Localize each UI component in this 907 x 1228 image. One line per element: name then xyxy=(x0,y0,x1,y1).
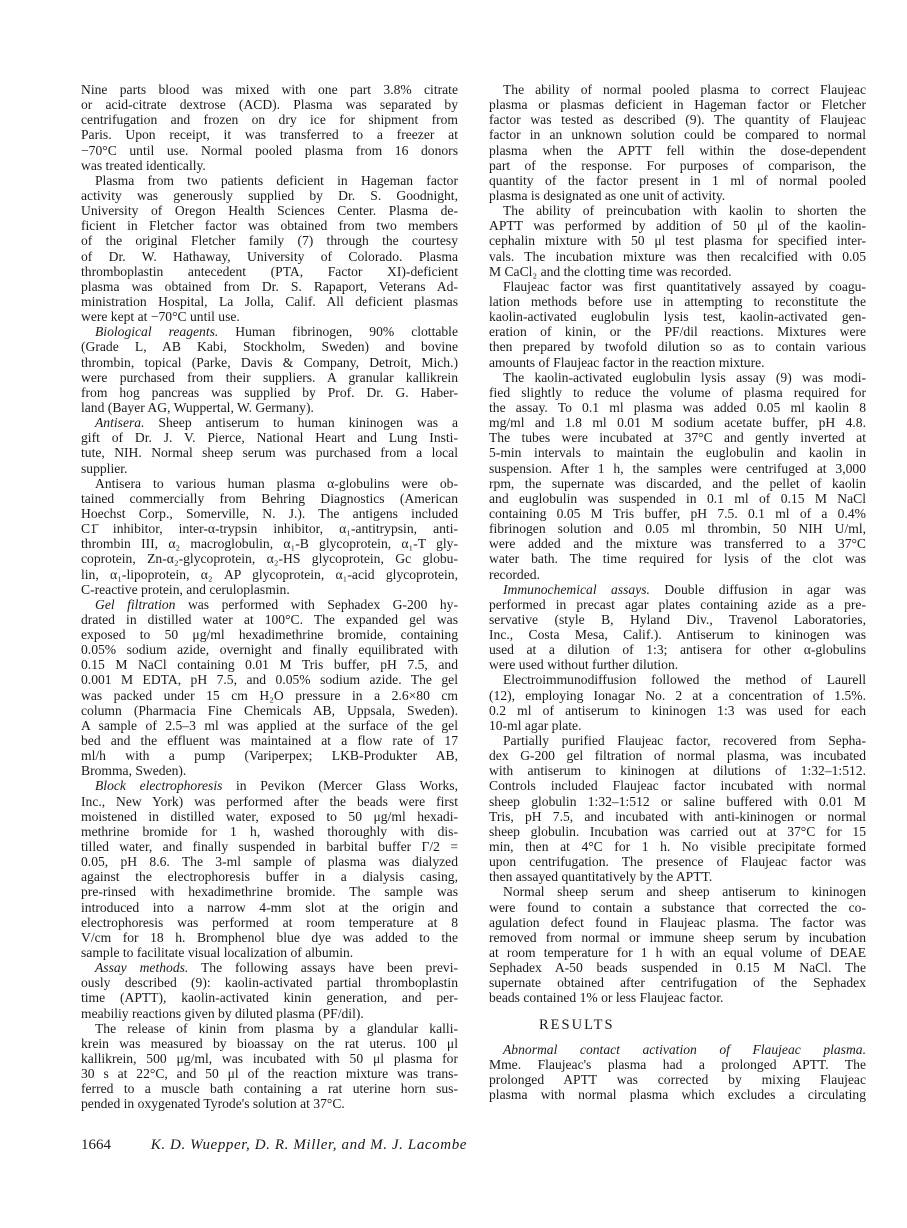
text-line: University of Oregon Health Sciences Cen… xyxy=(81,203,458,218)
line-text: ml/h with a pump (Variperpex; LKB-Produk… xyxy=(81,748,458,763)
line-text: activity was generously supplied by Dr. … xyxy=(81,188,458,203)
text-line: 0.05, pH 8.6. The 3-ml sample of plasma … xyxy=(81,854,458,869)
running-authors: K. D. Wuepper, D. R. Miller, and M. J. L… xyxy=(151,1137,467,1153)
text-line: time (APTT), kaolin-activated kinin gene… xyxy=(81,990,458,1005)
line-text: performed in precast agar plates contain… xyxy=(489,597,866,612)
line-text: pended in oxygenated Tyrode's solution a… xyxy=(81,1096,345,1111)
line-text: meabiliy reactions given by diluted plas… xyxy=(81,1006,364,1021)
text-line: sheep globulin 1:32–1:512 or saline buff… xyxy=(489,794,866,809)
line-text: was performed with Sephadex G-200 hy- xyxy=(175,597,458,612)
line-text: part of the response. For purposes of co… xyxy=(489,158,866,173)
line-text: of Dr. W. Hathaway, University of Colora… xyxy=(81,249,458,264)
text-line: plasma is designated as one unit of acti… xyxy=(489,188,866,203)
italic-run-in-heading: Block electrophoresis xyxy=(95,778,222,793)
text-line: Inc., New York) was performed after the … xyxy=(81,794,458,809)
line-text: Inc., Costa Mesa, Calif.). Antiserum to … xyxy=(489,627,866,642)
text-line: suspension. After 1 h, the samples were … xyxy=(489,461,866,476)
text-line: factor was tested as described (9). The … xyxy=(489,112,866,127)
line-text: removed from normal or immune sheep seru… xyxy=(489,930,866,945)
text-line: moistened in distilled water, exposed to… xyxy=(81,809,458,824)
line-text: water bath. The time required for lysis … xyxy=(489,551,866,566)
line-text: time (APTT), kaolin-activated kinin gene… xyxy=(81,990,458,1005)
text-line: Immunochemical assays. Double diffusion … xyxy=(489,582,866,597)
line-text: was packed under 15 cm H₂O pressure in a… xyxy=(81,688,458,703)
line-text: The kaolin-activated euglobulin lysis as… xyxy=(503,370,866,385)
text-line: The tubes were incubated at 37°C and gen… xyxy=(489,430,866,445)
text-line: V/cm for 18 h. Bromphenol blue dye was a… xyxy=(81,930,458,945)
text-line: ficient in Fletcher factor was obtained … xyxy=(81,218,458,233)
line-text: recorded. xyxy=(489,567,540,582)
text-line: vals. The incubation mixture was then re… xyxy=(489,249,866,264)
line-text: electrophoresis was performed at room te… xyxy=(81,915,458,930)
line-text: rpm, the supernate was discarded, and th… xyxy=(489,476,866,491)
text-line: methrine bromide for 1 h, washed thoroug… xyxy=(81,824,458,839)
line-text: plasma was obtained from Dr. S. Rapaport… xyxy=(81,279,458,294)
text-line: bed and the effluent was maintained at a… xyxy=(81,733,458,748)
line-text: sheep globulin. Incubation was carried o… xyxy=(489,824,866,839)
line-text: sample to facilitate visual localization… xyxy=(81,945,353,960)
line-text: supplier. xyxy=(81,461,127,476)
text-line: from hog pancreas was supplied by Prof. … xyxy=(81,385,458,400)
text-line: Antisera to various human plasma α-globu… xyxy=(81,476,458,491)
text-line: exposed to 50 μg/ml hexadimethrine bromi… xyxy=(81,627,458,642)
line-text: thrombin, topical (Parke, Davis & Compan… xyxy=(81,355,458,370)
line-text: The ability of normal pooled plasma to c… xyxy=(503,82,866,97)
text-line: ously described (9): kaolin-activated pa… xyxy=(81,975,458,990)
italic-run-in-heading: Abnormal contact activation of Flaujeac … xyxy=(503,1042,866,1057)
line-text: at room temperature for 1 h with an equa… xyxy=(489,945,866,960)
text-line: were used without further dilution. xyxy=(489,657,866,672)
line-text: lation methods before use in attempting … xyxy=(489,294,866,309)
line-text: introduced into a narrow 4-mm slot at th… xyxy=(81,900,458,915)
line-text: 0.05% sodium azide, overnight and finall… xyxy=(81,642,458,657)
line-text: Normal sheep serum and sheep antiserum t… xyxy=(503,884,866,899)
line-text: centrifugation and frozen on dry ice for… xyxy=(81,112,458,127)
page-number: 1664 xyxy=(81,1137,147,1154)
text-line: C-reactive protein, and ceruloplasmin. xyxy=(81,582,458,597)
text-line: tilled water, and finally suspended in b… xyxy=(81,839,458,854)
text-line: ferred to a muscle bath containing a rat… xyxy=(81,1081,458,1096)
line-text: factor in an unknown solution could be c… xyxy=(489,127,866,142)
text-line: meabiliy reactions given by diluted plas… xyxy=(81,1006,458,1021)
line-text: then prepared by twofold dilution so as … xyxy=(489,339,866,354)
text-line: A sample of 2.5–3 ml was applied at the … xyxy=(81,718,458,733)
line-text: factor was tested as described (9). The … xyxy=(489,112,866,127)
text-line: Flaujeac factor was first quantitatively… xyxy=(489,279,866,294)
line-text: eration of kinin, or the PF/dil reaction… xyxy=(489,324,866,339)
line-text: Mme. Flaujeac's plasma had a prolonged A… xyxy=(489,1057,866,1072)
text-line: then prepared by twofold dilution so as … xyxy=(489,339,866,354)
text-line: servative (style B, Hyland Div., Traveno… xyxy=(489,612,866,627)
text-line: containing 0.05 M Tris buffer, pH 7.5. 0… xyxy=(489,506,866,521)
text-line: (12), employing Ionagar No. 2 at a conce… xyxy=(489,688,866,703)
text-line: ministration Hospital, La Jolla, Calif. … xyxy=(81,294,458,309)
text-line: cephalin mixture with 50 μl test plasma … xyxy=(489,233,866,248)
text-line: centrifugation and frozen on dry ice for… xyxy=(81,112,458,127)
text-line: (Grade L, AB Kabi, Stockholm, Sweden) an… xyxy=(81,339,458,354)
line-text: amounts of Flaujeac factor in the reacti… xyxy=(489,355,765,370)
italic-run-in-heading: Immunochemical assays. xyxy=(503,582,650,597)
line-text: plasma with normal plasma which excludes… xyxy=(489,1087,866,1102)
text-line: 0.15 M NaCl containing 0.01 M Tris buffe… xyxy=(81,657,458,672)
text-line: 5-min intervals to maintain the euglobul… xyxy=(489,445,866,460)
text-line: dex G-200 gel filtration of normal plasm… xyxy=(489,748,866,763)
text-line: were purchased from their suppliers. A g… xyxy=(81,370,458,385)
text-line: Inc., Costa Mesa, Calif.). Antiserum to … xyxy=(489,627,866,642)
line-text: methrine bromide for 1 h, washed thoroug… xyxy=(81,824,458,839)
section-heading-results: RESULTS xyxy=(489,1010,866,1040)
line-text: Sheep antiserum to human kininogen was a xyxy=(144,415,458,430)
text-line: ml/h with a pump (Variperpex; LKB-Produk… xyxy=(81,748,458,763)
text-line: thrombin III, α₂ macroglobulin, α₁-B gly… xyxy=(81,536,458,551)
text-line: were added and the mixture was transferr… xyxy=(489,536,866,551)
text-line: Block electrophoresis in Pevikon (Mercer… xyxy=(81,778,458,793)
text-line: Biological reagents. Human fibrinogen, 9… xyxy=(81,324,458,339)
text-line: supplier. xyxy=(81,461,458,476)
text-line: lin, α₁-lipoprotein, α₂ AP glycoprotein,… xyxy=(81,567,458,582)
line-text: 0.001 M EDTA, pH 7.5, and 0.05% sodium a… xyxy=(81,672,458,687)
line-text: thromboplastin antecedent (PTA, Factor X… xyxy=(81,264,458,279)
text-line: sample to facilitate visual localization… xyxy=(81,945,458,960)
line-text: servative (style B, Hyland Div., Traveno… xyxy=(489,612,866,627)
text-line: thrombin, topical (Parke, Davis & Compan… xyxy=(81,355,458,370)
line-text: lin, α₁-lipoprotein, α₂ AP glycoprotein,… xyxy=(81,567,458,582)
text-line: upon centrifugation. The presence of Fla… xyxy=(489,854,866,869)
line-text: kaolin-activated euglobulin lysis test, … xyxy=(489,309,866,324)
text-line: lation methods before use in attempting … xyxy=(489,294,866,309)
line-text: −70°C until use. Normal pooled plasma fr… xyxy=(81,143,458,158)
line-text: Plasma from two patients deficient in Ha… xyxy=(95,173,458,188)
text-line: were found to contain a substance that c… xyxy=(489,900,866,915)
line-text: ferred to a muscle bath containing a rat… xyxy=(81,1081,458,1096)
line-text: sheep globulin 1:32–1:512 or saline buff… xyxy=(489,794,866,809)
line-text: V/cm for 18 h. Bromphenol blue dye was a… xyxy=(81,930,458,945)
text-line: 0.2 ml of antiserum to kininogen 1:3 was… xyxy=(489,703,866,718)
line-text: Sephadex A-50 beads suspended in 0.15 M … xyxy=(489,960,866,975)
line-text: were used without further dilution. xyxy=(489,657,678,672)
line-text: Double diffusion in agar was xyxy=(650,582,866,597)
text-line: Partially purified Flaujeac factor, reco… xyxy=(489,733,866,748)
line-text: quantity of the factor present in 1 ml o… xyxy=(489,173,866,188)
text-line: with antiserum to kininogen at dilutions… xyxy=(489,763,866,778)
text-line: Paris. Upon receipt, it was transferred … xyxy=(81,127,458,142)
line-text: were kept at −70°C until use. xyxy=(81,309,240,324)
text-line: rpm, the supernate was discarded, and th… xyxy=(489,476,866,491)
text-line: 10-ml agar plate. xyxy=(489,718,866,733)
line-text: dex G-200 gel filtration of normal plasm… xyxy=(489,748,866,763)
line-text: upon centrifugation. The presence of Fla… xyxy=(489,854,866,869)
text-line: 30 s at 22°C, and 50 μl of the reaction … xyxy=(81,1066,458,1081)
text-line: Tris, pH 7.5, and incubated with anti-ki… xyxy=(489,809,866,824)
text-line: quantity of the factor present in 1 ml o… xyxy=(489,173,866,188)
line-text: 5-min intervals to maintain the euglobul… xyxy=(489,445,866,460)
italic-run-in-heading: Gel filtration xyxy=(95,597,175,612)
line-text: and euglobulin was suspended in 0.1 ml o… xyxy=(489,491,866,506)
text-line: pre-rinsed with hexadimethrine bromide. … xyxy=(81,884,458,899)
text-line: thromboplastin antecedent (PTA, Factor X… xyxy=(81,264,458,279)
line-text: University of Oregon Health Sciences Cen… xyxy=(81,203,458,218)
line-text: coprotein, Zn-α₂-glycoprotein, α₂-HS gly… xyxy=(81,551,458,566)
text-line: tained commercially from Behring Diagnos… xyxy=(81,491,458,506)
text-line: water bath. The time required for lysis … xyxy=(489,551,866,566)
text-line: was packed under 15 cm H₂O pressure in a… xyxy=(81,688,458,703)
right-column: The ability of normal pooled plasma to c… xyxy=(489,82,866,1102)
line-text: was treated identically. xyxy=(81,158,206,173)
text-line: then assayed quantitatively by the APTT. xyxy=(489,869,866,884)
text-line: fied slightly to reduce the volume of pl… xyxy=(489,385,866,400)
line-text: mg/ml and 1.8 ml 0.01 M sodium acetate b… xyxy=(489,415,866,430)
line-text: gift of Dr. J. V. Pierce, National Heart… xyxy=(81,430,458,445)
line-text: moistened in distilled water, exposed to… xyxy=(81,809,458,824)
line-text: were found to contain a substance that c… xyxy=(489,900,866,915)
line-text: with antiserum to kininogen at dilutions… xyxy=(489,763,866,778)
left-column: Nine parts blood was mixed with one part… xyxy=(81,82,458,1112)
line-text: suspension. After 1 h, the samples were … xyxy=(489,461,866,476)
line-text: A sample of 2.5–3 ml was applied at the … xyxy=(81,718,458,733)
page-footer: 1664 K. D. Wuepper, D. R. Miller, and M.… xyxy=(81,1137,467,1154)
line-text: cephalin mixture with 50 μl test plasma … xyxy=(489,233,866,248)
line-text: 0.15 M NaCl containing 0.01 M Tris buffe… xyxy=(81,657,458,672)
line-text: The tubes were incubated at 37°C and gen… xyxy=(489,430,866,445)
text-line: of the original Fletcher family (7) thro… xyxy=(81,233,458,248)
line-text: Human fibrinogen, 90% clottable xyxy=(218,324,458,339)
text-line: part of the response. For purposes of co… xyxy=(489,158,866,173)
line-text: kallikrein, 500 μg/ml, was incubated wit… xyxy=(81,1051,458,1066)
text-line: recorded. xyxy=(489,567,866,582)
text-line: was treated identically. xyxy=(81,158,458,173)
line-text: bed and the effluent was maintained at a… xyxy=(81,733,458,748)
line-text: tained commercially from Behring Diagnos… xyxy=(81,491,458,506)
text-line: The ability of normal pooled plasma to c… xyxy=(489,82,866,97)
line-text: 30 s at 22°C, and 50 μl of the reaction … xyxy=(81,1066,458,1081)
line-text: plasma when the APTT fell within the dos… xyxy=(489,143,866,158)
text-line: Electroimmunodiffusion followed the meth… xyxy=(489,672,866,687)
line-text: column (Pharmacia Fine Chemicals AB, Upp… xyxy=(81,703,458,718)
line-text: plasma or plasmas deficient in Hageman f… xyxy=(489,97,866,112)
line-text: M CaCl₂ and the clotting time was record… xyxy=(489,264,732,279)
text-line: kallikrein, 500 μg/ml, was incubated wit… xyxy=(81,1051,458,1066)
text-line: tute, NIH. Normal sheep serum was purcha… xyxy=(81,445,458,460)
line-text: Inc., New York) was performed after the … xyxy=(81,794,458,809)
line-text: APTT was performed by addition of 50 μl … xyxy=(489,218,866,233)
line-text: containing 0.05 M Tris buffer, pH 7.5. 0… xyxy=(489,506,866,521)
text-line: gift of Dr. J. V. Pierce, National Heart… xyxy=(81,430,458,445)
text-line: 0.05% sodium azide, overnight and finall… xyxy=(81,642,458,657)
text-line: Mme. Flaujeac's plasma had a prolonged A… xyxy=(489,1057,866,1072)
text-line: or acid-citrate dextrose (ACD). Plasma w… xyxy=(81,97,458,112)
text-line: Normal sheep serum and sheep antiserum t… xyxy=(489,884,866,899)
text-line: supernate obtained after centrifugation … xyxy=(489,975,866,990)
line-text: Hoechst Corp., Somerville, N. J.). The a… xyxy=(81,506,458,521)
line-text: thrombin III, α₂ macroglobulin, α₁-B gly… xyxy=(81,536,458,551)
line-text: The ability of preincubation with kaolin… xyxy=(503,203,866,218)
line-text: Paris. Upon receipt, it was transferred … xyxy=(81,127,458,142)
line-text: in Pevikon (Mercer Glass Works, xyxy=(222,778,458,793)
text-line: of Dr. W. Hathaway, University of Colora… xyxy=(81,249,458,264)
line-text: or acid-citrate dextrose (ACD). Plasma w… xyxy=(81,97,458,112)
text-line: M CaCl₂ and the clotting time was record… xyxy=(489,264,866,279)
text-line: beads contained 1% or less Flaujeac fact… xyxy=(489,990,866,1005)
line-text: agulation defect found in Flaujeac plasm… xyxy=(489,915,866,930)
line-text: min, then at 4°C for 1 h. No visible pre… xyxy=(489,839,866,854)
text-line: Assay methods. The following assays have… xyxy=(81,960,458,975)
text-line: factor in an unknown solution could be c… xyxy=(489,127,866,142)
line-text: supernate obtained after centrifugation … xyxy=(489,975,866,990)
line-text: krein was measured by bioassay on the ra… xyxy=(81,1036,458,1051)
text-line: activity was generously supplied by Dr. … xyxy=(81,188,458,203)
line-text: the assay. To 0.1 ml plasma was added 0.… xyxy=(489,400,866,415)
text-line: The kaolin-activated euglobulin lysis as… xyxy=(489,370,866,385)
line-text: drated in distilled water at 100°C. The … xyxy=(81,612,458,627)
text-line: min, then at 4°C for 1 h. No visible pre… xyxy=(489,839,866,854)
text-line: land (Bayer AG, Wuppertal, W. Germany). xyxy=(81,400,458,415)
text-line: and euglobulin was suspended in 0.1 ml o… xyxy=(489,491,866,506)
text-line: APTT was performed by addition of 50 μl … xyxy=(489,218,866,233)
line-text: then assayed quantitatively by the APTT. xyxy=(489,869,712,884)
line-text: (Grade L, AB Kabi, Stockholm, Sweden) an… xyxy=(81,339,458,354)
text-line: The ability of preincubation with kaolin… xyxy=(489,203,866,218)
text-line: kaolin-activated euglobulin lysis test, … xyxy=(489,309,866,324)
line-text: 0.2 ml of antiserum to kininogen 1:3 was… xyxy=(489,703,866,718)
line-text: beads contained 1% or less Flaujeac fact… xyxy=(489,990,723,1005)
line-text: tilled water, and finally suspended in b… xyxy=(81,839,458,854)
text-line: plasma with normal plasma which excludes… xyxy=(489,1087,866,1102)
text-line: Antisera. Sheep antiserum to human kinin… xyxy=(81,415,458,430)
line-text: vals. The incubation mixture was then re… xyxy=(489,249,866,264)
text-line: Controls included Flaujeac factor incuba… xyxy=(489,778,866,793)
line-text: ministration Hospital, La Jolla, Calif. … xyxy=(81,294,458,309)
text-line: Nine parts blood was mixed with one part… xyxy=(81,82,458,97)
text-line: agulation defect found in Flaujeac plasm… xyxy=(489,915,866,930)
line-text: Tris, pH 7.5, and incubated with anti-ki… xyxy=(489,809,866,824)
text-line: used at a dilution of 1:3; antisera for … xyxy=(489,642,866,657)
methods-continued: The ability of normal pooled plasma to c… xyxy=(489,82,866,1006)
line-text: against the electrophoresis buffer in a … xyxy=(81,869,458,884)
text-line: Gel filtration was performed with Sephad… xyxy=(81,597,458,612)
line-text: fibrinogen solution and 0.05 ml thrombin… xyxy=(489,521,866,536)
line-text: of the original Fletcher family (7) thro… xyxy=(81,233,458,248)
text-line: The release of kinin from plasma by a gl… xyxy=(81,1021,458,1036)
line-text: plasma is designated as one unit of acti… xyxy=(489,188,725,203)
line-text: Controls included Flaujeac factor incuba… xyxy=(489,778,866,793)
text-line: at room temperature for 1 h with an equa… xyxy=(489,945,866,960)
line-text: 10-ml agar plate. xyxy=(489,718,581,733)
line-text: ficient in Fletcher factor was obtained … xyxy=(81,218,458,233)
results-section: Abnormal contact activation of Flaujeac … xyxy=(489,1042,866,1103)
line-text: The following assays have been previ- xyxy=(188,960,458,975)
text-line: krein was measured by bioassay on the ra… xyxy=(81,1036,458,1051)
text-line: Plasma from two patients deficient in Ha… xyxy=(81,173,458,188)
text-line: Sephadex A-50 beads suspended in 0.15 M … xyxy=(489,960,866,975)
text-line: eration of kinin, or the PF/dil reaction… xyxy=(489,324,866,339)
text-line: against the electrophoresis buffer in a … xyxy=(81,869,458,884)
text-line: column (Pharmacia Fine Chemicals AB, Upp… xyxy=(81,703,458,718)
text-line: performed in precast agar plates contain… xyxy=(489,597,866,612)
text-line: 0.001 M EDTA, pH 7.5, and 0.05% sodium a… xyxy=(81,672,458,687)
text-line: drated in distilled water at 100°C. The … xyxy=(81,612,458,627)
line-text: from hog pancreas was supplied by Prof. … xyxy=(81,385,458,400)
text-line: prolonged APTT was corrected by mixing F… xyxy=(489,1072,866,1087)
line-text: tute, NIH. Normal sheep serum was purcha… xyxy=(81,445,458,460)
text-line: Bromma, Sweden). xyxy=(81,763,458,778)
text-line: electrophoresis was performed at room te… xyxy=(81,915,458,930)
text-line: fibrinogen solution and 0.05 ml thrombin… xyxy=(489,521,866,536)
line-text: (12), employing Ionagar No. 2 at a conce… xyxy=(489,688,866,703)
text-line: introduced into a narrow 4-mm slot at th… xyxy=(81,900,458,915)
line-text: C1̄ inhibitor, inter-α-trypsin inhibitor… xyxy=(81,521,458,536)
line-text: were purchased from their suppliers. A g… xyxy=(81,370,458,385)
line-text: 0.05, pH 8.6. The 3-ml sample of plasma … xyxy=(81,854,458,869)
text-line: amounts of Flaujeac factor in the reacti… xyxy=(489,355,866,370)
text-line: sheep globulin. Incubation was carried o… xyxy=(489,824,866,839)
text-line: −70°C until use. Normal pooled plasma fr… xyxy=(81,143,458,158)
line-text: The release of kinin from plasma by a gl… xyxy=(95,1021,458,1036)
text-line: plasma when the APTT fell within the dos… xyxy=(489,143,866,158)
italic-run-in-heading: Biological reagents. xyxy=(95,324,218,339)
italic-run-in-heading: Assay methods. xyxy=(95,960,188,975)
line-text: fied slightly to reduce the volume of pl… xyxy=(489,385,866,400)
text-line: Hoechst Corp., Somerville, N. J.). The a… xyxy=(81,506,458,521)
line-text: Bromma, Sweden). xyxy=(81,763,186,778)
line-text: Electroimmunodiffusion followed the meth… xyxy=(503,672,866,687)
italic-run-in-heading: Antisera. xyxy=(95,415,144,430)
text-line: plasma was obtained from Dr. S. Rapaport… xyxy=(81,279,458,294)
line-text: used at a dilution of 1:3; antisera for … xyxy=(489,642,866,657)
line-text: Nine parts blood was mixed with one part… xyxy=(81,82,458,97)
line-text: pre-rinsed with hexadimethrine bromide. … xyxy=(81,884,458,899)
text-line: plasma or plasmas deficient in Hageman f… xyxy=(489,97,866,112)
line-text: were added and the mixture was transferr… xyxy=(489,536,866,551)
text-line: the assay. To 0.1 ml plasma was added 0.… xyxy=(489,400,866,415)
line-text: Antisera to various human plasma α-globu… xyxy=(95,476,458,491)
line-text: Flaujeac factor was first quantitatively… xyxy=(503,279,866,294)
text-line: mg/ml and 1.8 ml 0.01 M sodium acetate b… xyxy=(489,415,866,430)
text-line: removed from normal or immune sheep seru… xyxy=(489,930,866,945)
line-text: exposed to 50 μg/ml hexadimethrine bromi… xyxy=(81,627,458,642)
text-line: Abnormal contact activation of Flaujeac … xyxy=(489,1042,866,1057)
text-line: C1̄ inhibitor, inter-α-trypsin inhibitor… xyxy=(81,521,458,536)
text-line: were kept at −70°C until use. xyxy=(81,309,458,324)
line-text: Partially purified Flaujeac factor, reco… xyxy=(503,733,866,748)
line-text: land (Bayer AG, Wuppertal, W. Germany). xyxy=(81,400,314,415)
text-line: coprotein, Zn-α₂-glycoprotein, α₂-HS gly… xyxy=(81,551,458,566)
line-text: prolonged APTT was corrected by mixing F… xyxy=(489,1072,866,1087)
line-text: C-reactive protein, and ceruloplasmin. xyxy=(81,582,290,597)
text-line: pended in oxygenated Tyrode's solution a… xyxy=(81,1096,458,1111)
line-text: ously described (9): kaolin-activated pa… xyxy=(81,975,458,990)
